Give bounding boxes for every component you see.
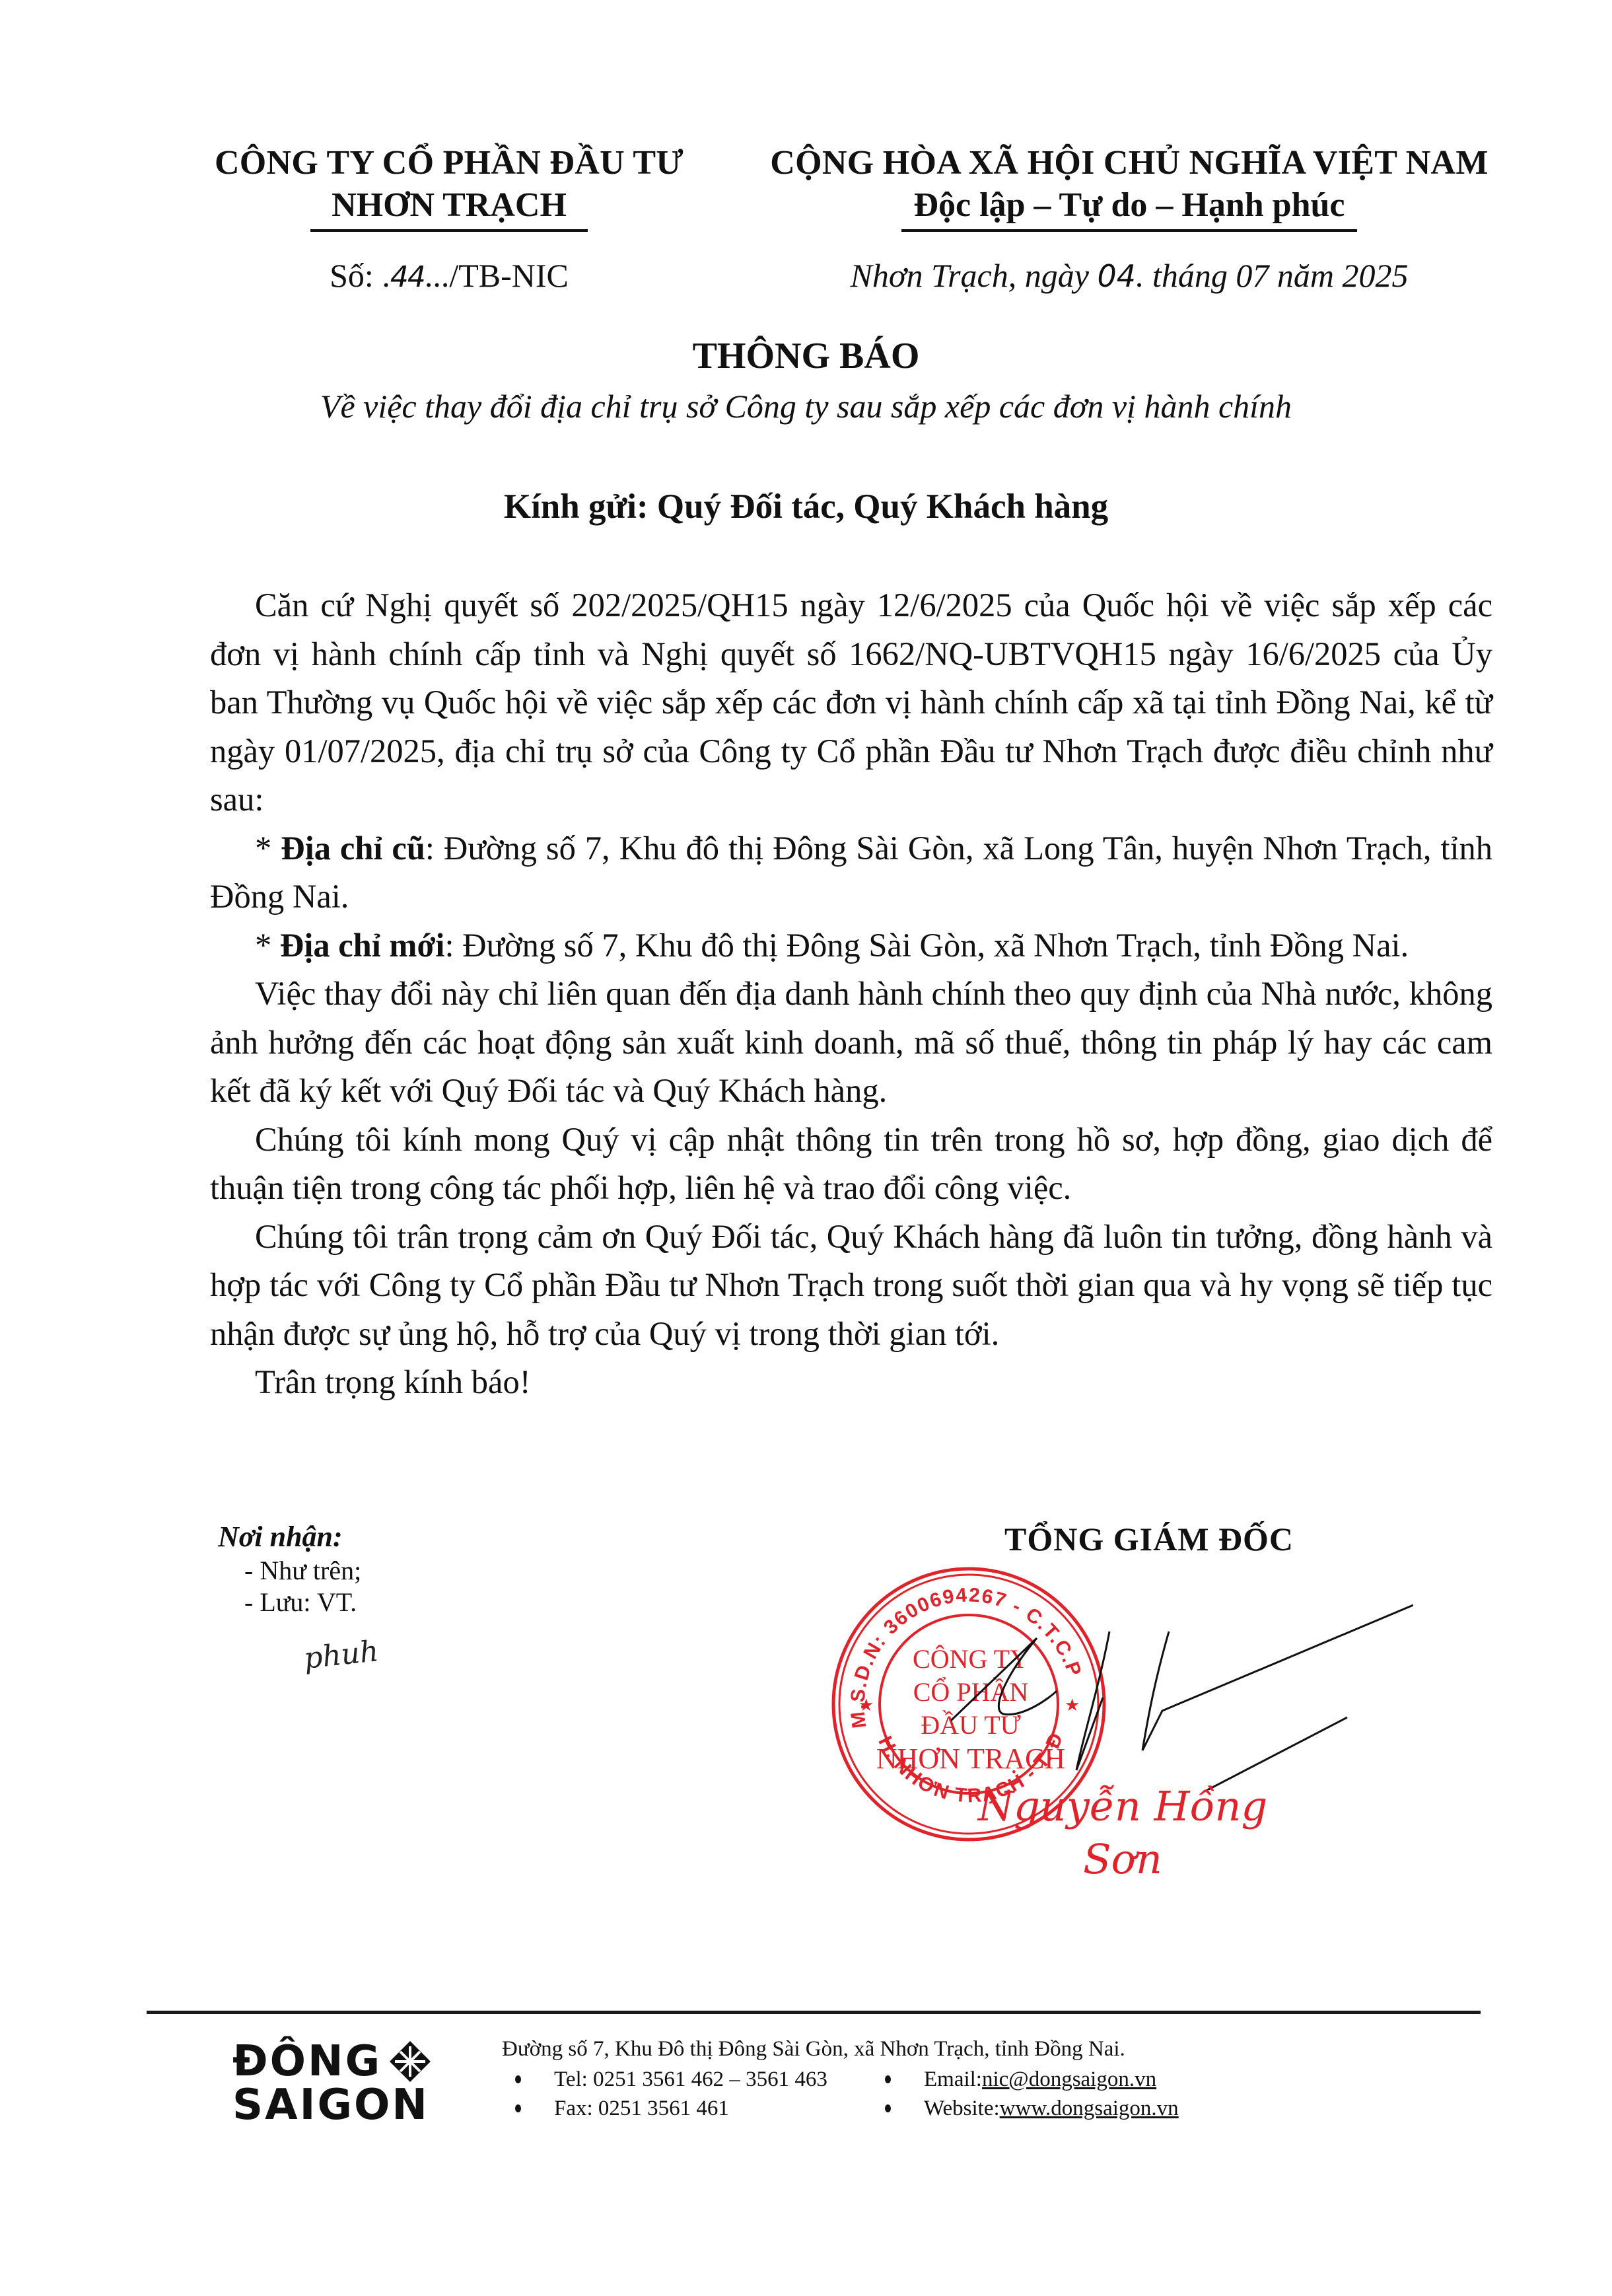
doc-number-prefix: Số: .	[330, 257, 390, 294]
doc-number-handwritten: 44	[390, 260, 425, 294]
logo-text-line2: SAIGON	[232, 2083, 457, 2127]
footer-fax: Fax: 0251 3561 461	[515, 2094, 885, 2123]
bullet-icon	[885, 2104, 891, 2112]
body-paragraph-thanks: Chúng tôi trân trọng cảm ơn Quý Đối tác,…	[210, 1213, 1492, 1359]
document-number: Số: .44.../TB-NIC	[178, 256, 720, 297]
motto-underline	[901, 229, 1357, 232]
handwritten-initials: phuh	[302, 1634, 380, 1676]
footer-divider	[147, 2011, 1481, 2014]
bullet-marker: *	[255, 927, 280, 964]
body-paragraph-legal-basis: Căn cứ Nghị quyết số 202/2025/QH15 ngày …	[210, 581, 1492, 824]
document-body: Căn cứ Nghị quyết số 202/2025/QH15 ngày …	[210, 581, 1492, 1407]
diamond-star-logo-icon	[388, 2040, 432, 2083]
body-old-address: * Địa chỉ cũ: Đường số 7, Khu đô thị Đôn…	[210, 824, 1492, 921]
footer-address: Đường số 7, Khu Đô thị Đông Sài Gòn, xã …	[502, 2034, 1125, 2063]
body-new-address: * Địa chỉ mới: Đường số 7, Khu đô thị Đô…	[210, 921, 1492, 970]
signer-title: TỔNG GIÁM ĐỐC	[918, 1519, 1380, 1559]
bullet-icon	[885, 2075, 891, 2083]
footer-website: Website: www.dongsaigon.vn	[885, 2094, 1255, 2123]
star-icon: ★	[859, 1696, 874, 1715]
recipients-label: Nơi nhận:	[218, 1519, 614, 1555]
issuer-block: CÔNG TY CỔ PHẦN ĐẦU TƯ NHƠN TRẠCH Số: .4…	[178, 142, 720, 297]
handwritten-signature	[951, 1579, 1413, 1790]
old-address-label: Địa chỉ cũ	[281, 830, 425, 867]
website-link[interactable]: www.dongsaigon.vn	[1000, 2094, 1179, 2123]
recipients-block: Nơi nhận: - Như trên; - Lưu: VT.	[218, 1519, 614, 1618]
recipient-item: - Như trên;	[218, 1555, 614, 1587]
recipient-item: - Lưu: VT.	[218, 1587, 614, 1618]
document-title: THÔNG BÁO	[0, 334, 1612, 378]
issuer-company-name-line2: NHƠN TRẠCH	[178, 184, 720, 227]
issuer-underline	[310, 229, 588, 232]
body-paragraph-request: Chúng tôi kính mong Quý vị cập nhật thôn…	[210, 1116, 1492, 1213]
new-address-label: Địa chỉ mới	[280, 927, 445, 964]
email-link[interactable]: nic@dongsaigon.vn	[982, 2065, 1156, 2094]
bullet-icon	[515, 2104, 521, 2112]
date-line: Nhơn Trạch, ngày 04. tháng 07 năm 2025	[733, 256, 1525, 296]
bullet-icon	[515, 2075, 521, 2083]
signer-name: Nguyễn Hồng Sơn	[951, 1780, 1294, 1886]
date-suffix: . tháng 07 năm 2025	[1136, 257, 1409, 294]
tel-text: Tel: 0251 3561 462 – 3561 463	[554, 2065, 827, 2094]
doc-number-suffix: .../TB-NIC	[425, 257, 569, 294]
website-label: Website:	[924, 2094, 1000, 2123]
date-day-handwritten: 04	[1097, 258, 1136, 294]
national-header-block: CỘNG HÒA XÃ HỘI CHỦ NGHĨA VIỆT NAM Độc l…	[733, 142, 1525, 296]
footer-contacts: Tel: 0251 3561 462 – 3561 463 Email: nic…	[515, 2065, 1255, 2123]
footer-tel: Tel: 0251 3561 462 – 3561 463	[515, 2065, 885, 2094]
document-subtitle: Về việc thay đổi địa chỉ trụ sở Công ty …	[0, 386, 1612, 426]
bullet-marker: *	[255, 830, 281, 867]
body-closing: Trân trọng kính báo!	[210, 1358, 1492, 1407]
issuer-company-name: CÔNG TY CỔ PHẦN ĐẦU TƯ	[178, 142, 720, 184]
fax-text: Fax: 0251 3561 461	[554, 2094, 729, 2123]
date-prefix: Nhơn Trạch, ngày	[851, 257, 1098, 294]
email-label: Email:	[924, 2065, 982, 2094]
logo-text-line1: ĐÔNG	[232, 2041, 382, 2082]
national-motto: Độc lập – Tự do – Hạnh phúc	[733, 184, 1525, 227]
dongsaigon-logo: ĐÔNG SAIGON	[232, 2040, 457, 2127]
national-title: CỘNG HÒA XÃ HỘI CHỦ NGHĨA VIỆT NAM	[733, 142, 1525, 184]
footer-email: Email: nic@dongsaigon.vn	[885, 2065, 1255, 2094]
new-address-value: : Đường số 7, Khu đô thị Đông Sài Gòn, x…	[444, 927, 1409, 964]
body-paragraph-scope: Việc thay đổi này chỉ liên quan đến địa …	[210, 970, 1492, 1116]
greeting-line: Kính gửi: Quý Đối tác, Quý Khách hàng	[0, 485, 1612, 528]
